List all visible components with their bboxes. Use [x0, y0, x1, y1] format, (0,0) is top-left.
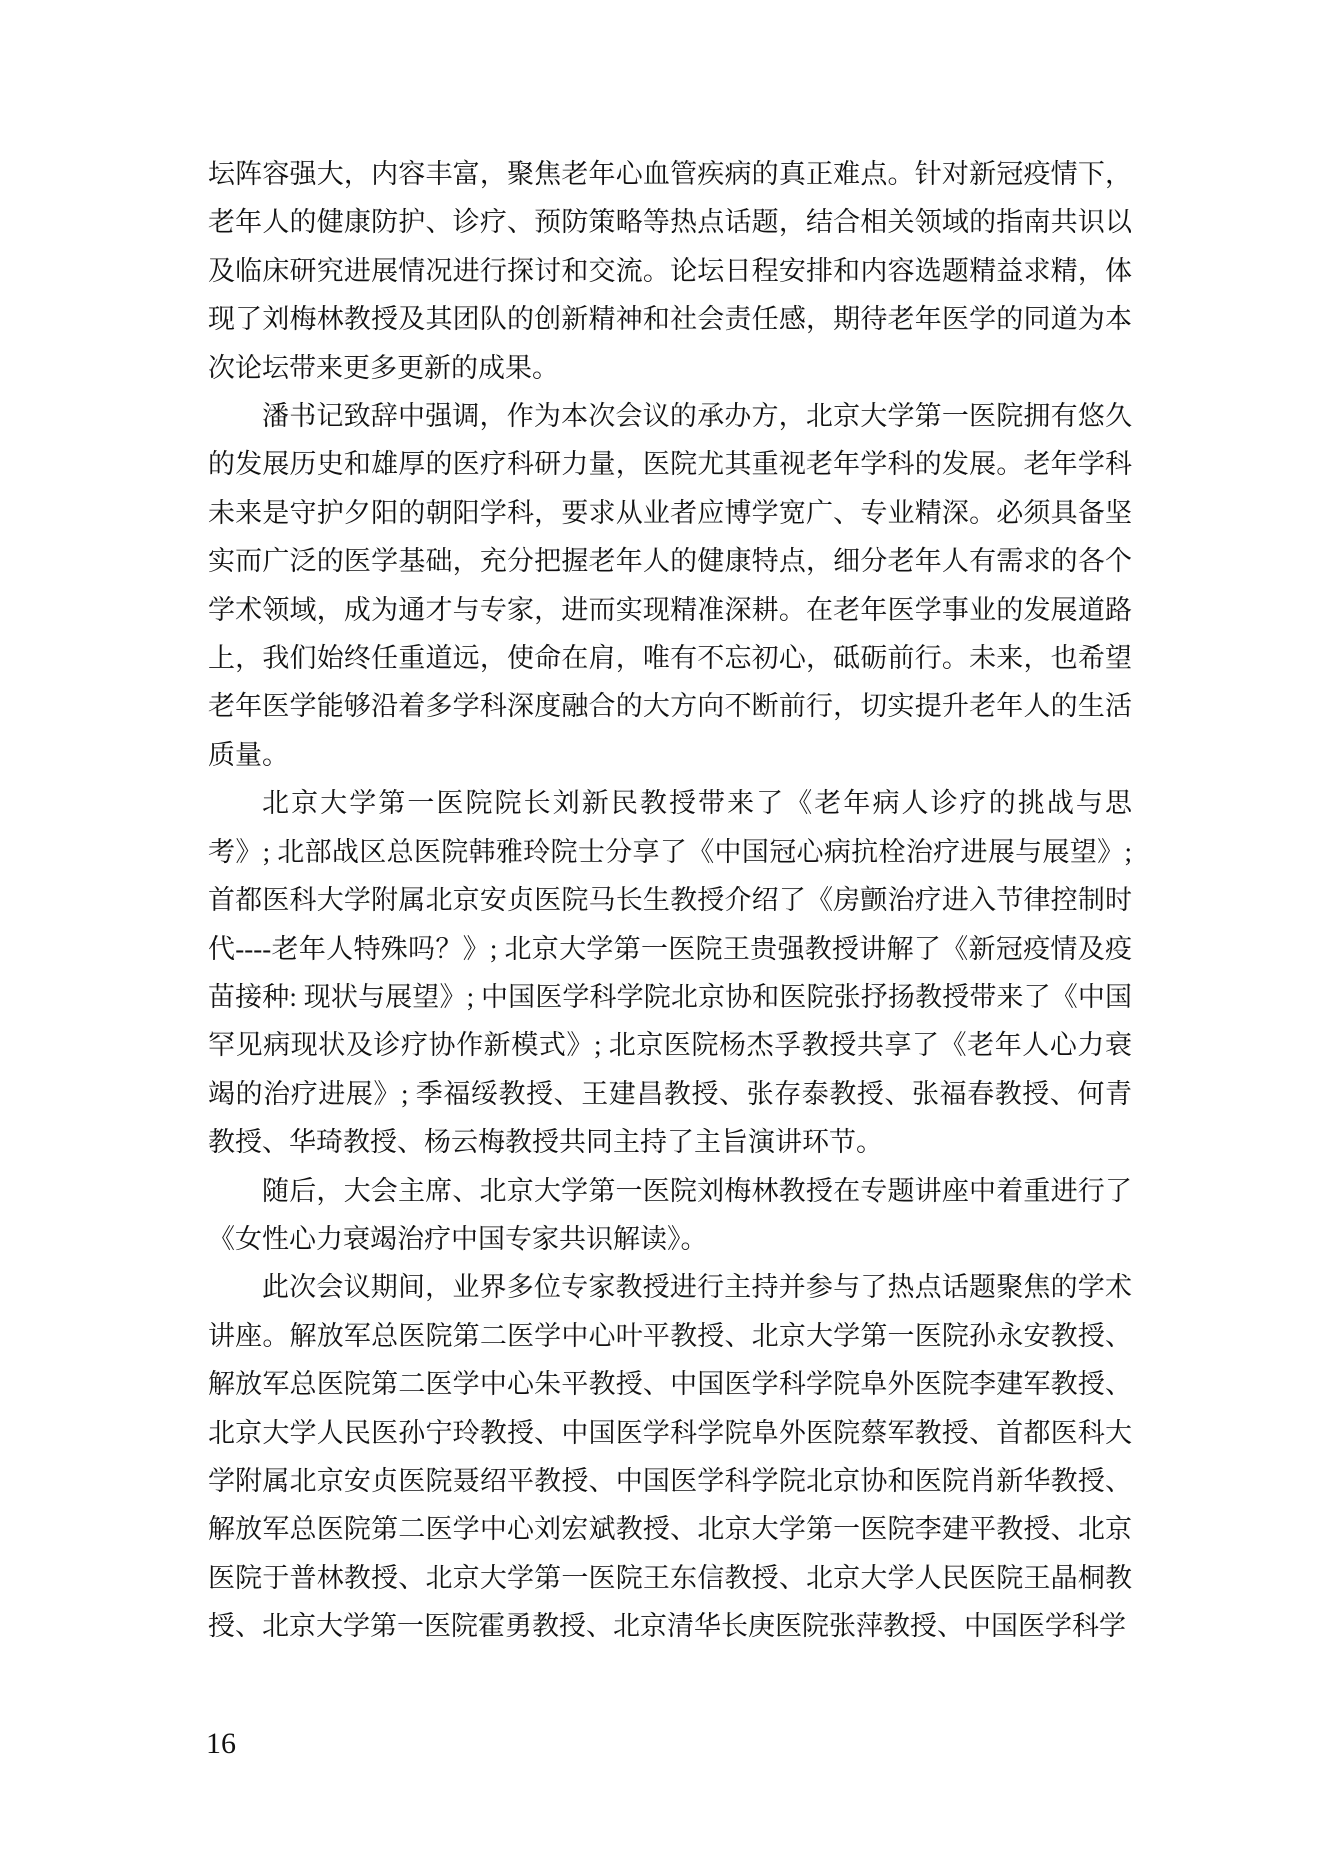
page-number: 16 [206, 1726, 236, 1762]
paragraph: 北京大学第一医院院长刘新民教授带来了《老年病人诊疗的挑战与思考》; 北部战区总医… [208, 779, 1132, 1166]
paragraph: 坛阵容强大，内容丰富，聚焦老年心血管疾病的真正难点。针对新冠疫情下，老年人的健康… [208, 150, 1132, 392]
document-page: 坛阵容强大，内容丰富，聚焦老年心血管疾病的真正难点。针对新冠疫情下，老年人的健康… [0, 0, 1323, 1871]
paragraph: 随后，大会主席、北京大学第一医院刘梅林教授在专题讲座中着重进行了《女性心力衰竭治… [208, 1167, 1132, 1264]
paragraph: 潘书记致辞中强调，作为本次会议的承办方，北京大学第一医院拥有悠久的发展历史和雄厚… [208, 392, 1132, 779]
paragraph: 此次会议期间，业界多位专家教授进行主持并参与了热点话题聚焦的学术讲座。解放军总医… [208, 1263, 1132, 1650]
body-text: 坛阵容强大，内容丰富，聚焦老年心血管疾病的真正难点。针对新冠疫情下，老年人的健康… [208, 150, 1132, 1651]
